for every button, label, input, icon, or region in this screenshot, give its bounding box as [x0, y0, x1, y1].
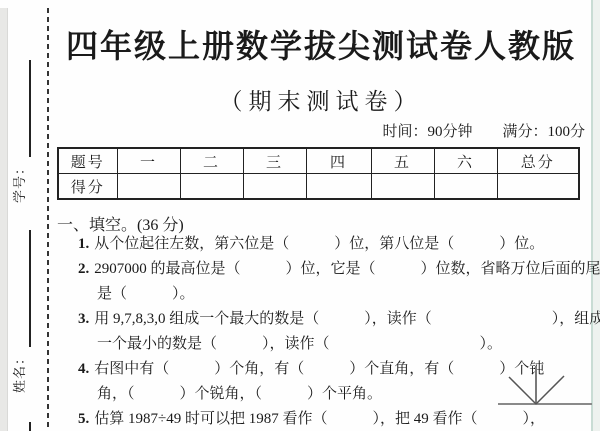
page-subtitle: （期末测试卷）: [57, 83, 585, 116]
time-score-info: 时间：90分钟 满分：100分: [57, 120, 585, 141]
score-cell-empty: [243, 174, 306, 200]
header-cell: 四: [306, 148, 371, 174]
header-cell: 五: [371, 148, 434, 174]
header-cell: 题号: [58, 148, 117, 174]
score-cell-empty: [497, 174, 579, 200]
test-paper-page: 学号： 姓名： 四年级上册数学拔尖测试卷人教版 （期末测试卷） 时间：90分钟 …: [0, 0, 600, 431]
question-number: 3.: [78, 311, 89, 327]
student-id-answer-line: [29, 60, 31, 157]
header-cell: 一: [117, 148, 180, 174]
question-2: 2.2907000 的最高位是（ ）位，它是（ ）位数，省略万位后面的尾数约: [57, 257, 593, 282]
question-number: 4.: [78, 361, 89, 377]
angle-rays-figure: [498, 358, 592, 406]
score-table-header-row: 题号 一 二 三 四 五 六 总分: [58, 148, 579, 174]
question-text: 右图中有（ ）个角，有（ ）个直角，有（ ）个钝: [94, 361, 544, 377]
score-cell-empty: [306, 174, 371, 200]
question-text: 角，（ ）个锐角，（ ）个平角。: [97, 386, 382, 402]
question-3: 3.用 9,7,8,3,0 组成一个最大的数是（ ），读作（ ），组成: [57, 307, 593, 332]
header-cell: 三: [243, 148, 306, 174]
score-table-score-row: 得分: [58, 174, 579, 200]
score-table: 题号 一 二 三 四 五 六 总分 得分: [57, 147, 580, 200]
score-row-label: 得分: [58, 174, 117, 200]
binding-dashed-line: [47, 8, 49, 431]
question-3-continued: 一个最小的数是（ ），读作（ ）。: [57, 332, 593, 357]
question-number: 2.: [78, 261, 89, 277]
question-number: 5.: [78, 411, 89, 427]
question-2-continued: 是（ ）。: [57, 282, 593, 307]
page-title: 四年级上册数学拔尖测试卷人教版: [57, 21, 585, 67]
question-text: 一个最小的数是（ ），读作（ ）。: [97, 336, 502, 352]
question-text: 2907000 的最高位是（ ）位，它是（ ）位数，省略万位后面的尾数约: [94, 261, 600, 277]
question-1: 1.从个位起往左数，第六位是（ ）位，第八位是（ ）位。: [57, 232, 593, 257]
score-cell-empty: [434, 174, 497, 200]
name-answer-line: [29, 230, 31, 347]
score-cell-empty: [180, 174, 243, 200]
header-cell: 二: [180, 148, 243, 174]
student-id-label: 学号：: [12, 158, 28, 206]
name-label: 姓名：: [12, 348, 28, 396]
question-text: 估算 1987÷49 时可以把 1987 看作（ ），把 49 看作（ ），: [94, 411, 545, 427]
header-cell: 总分: [497, 148, 579, 174]
question-text: 是（ ）。: [97, 286, 195, 302]
margin-answer-line-cut: [29, 422, 31, 431]
score-cell-empty: [117, 174, 180, 200]
question-5: 5.估算 1987÷49 时可以把 1987 看作（ ），把 49 看作（ ），: [57, 407, 593, 431]
question-text: 用 9,7,8,3,0 组成一个最大的数是（ ），读作（ ），组成: [94, 311, 600, 327]
question-text: 从个位起往左数，第六位是（ ）位，第八位是（ ）位。: [94, 236, 544, 252]
header-cell: 六: [434, 148, 497, 174]
scan-edge-right: [593, 0, 600, 431]
score-cell-empty: [371, 174, 434, 200]
question-number: 1.: [78, 236, 89, 252]
scan-edge-left: [0, 8, 8, 431]
